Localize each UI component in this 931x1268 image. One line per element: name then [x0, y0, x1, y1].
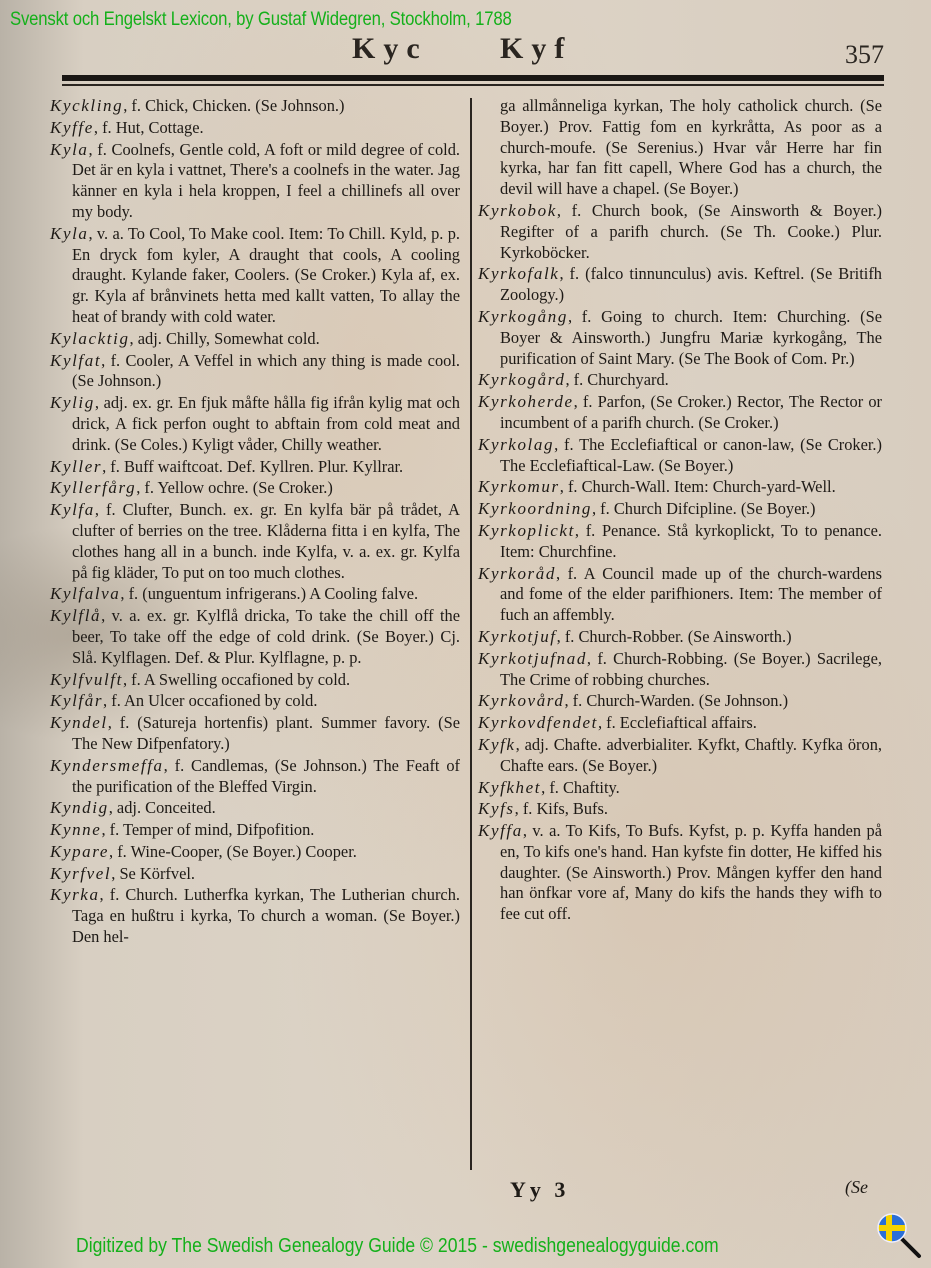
headword: Kyfk — [478, 735, 516, 754]
dictionary-entry: Kyrkoherde, f. Parfon, (Se Croker.) Rect… — [478, 392, 882, 434]
definition-text: , f. Church-Wall. Item: Church-yard-Well… — [560, 477, 836, 496]
headword: Kylig — [50, 393, 95, 412]
dictionary-entry: Kyrkomur, f. Church-Wall. Item: Church-y… — [478, 477, 882, 498]
dictionary-entry: Kyrkotjufnad, f. Church-Robbing. (Se Boy… — [478, 649, 882, 691]
headword: Kyndersmeffa — [50, 756, 164, 775]
header-rule-thick — [62, 75, 884, 81]
dictionary-entry: ga allmånneliga kyrkan, The holy catholi… — [478, 96, 882, 200]
definition-text: , f. Yellow ochre. (Se Croker.) — [136, 478, 333, 497]
dictionary-entry: Kyrkoplickt, f. Penance. Stå kyrkoplickt… — [478, 521, 882, 563]
dictionary-entry: Kyrkovdfendet, f. Ecclefiaftical affairs… — [478, 713, 882, 734]
headword: Kyffa — [478, 821, 523, 840]
dictionary-entry: Kyfk, adj. Chafte. adverbialiter. Kyfkt,… — [478, 735, 882, 777]
swedish-flag-magnifier-icon — [874, 1210, 924, 1260]
dictionary-entry: Kyrkofalk, f. (falco tinnunculus) avis. … — [478, 264, 882, 306]
dictionary-entry: Kyrkoråd, f. A Council made up of the ch… — [478, 564, 882, 626]
dictionary-entry: Kynne, f. Temper of mind, Difpofition. — [50, 820, 460, 841]
headword: Kyrkogång — [478, 307, 568, 326]
headword: Kylfat — [50, 351, 101, 370]
dictionary-entry: Kyllerfårg, f. Yellow ochre. (Se Croker.… — [50, 478, 460, 499]
dictionary-entry: Kyrkobok, f. Church book, (Se Ainsworth … — [478, 201, 882, 263]
definition-text: , adj. Chilly, Somewhat cold. — [130, 329, 320, 348]
headword: Kyrkotjufnad — [478, 649, 587, 668]
dictionary-entry: Kyrka, f. Church. Lutherfka kyrkan, The … — [50, 885, 460, 947]
definition-text: , f. The Ecclefiaftical or canon-law, (S… — [500, 435, 882, 475]
headword: Kyller — [50, 457, 102, 476]
dictionary-entry: Kyla, v. a. To Cool, To Make cool. Item:… — [50, 224, 460, 328]
definition-text: , f. A Council made up of the church-war… — [500, 564, 882, 625]
running-head-left: Kyc — [352, 32, 428, 66]
headword: Kyrkoråd — [478, 564, 556, 583]
headword: Kyrkomur — [478, 477, 560, 496]
headword: Kyrkofalk — [478, 264, 559, 283]
header-rule-thin — [62, 84, 884, 86]
definition-text: , f. Chaftity. — [541, 778, 620, 797]
dictionary-entry: Kylfår, f. An Ulcer occafioned by cold. — [50, 691, 460, 712]
dictionary-entry: Kyrkoordning, f. Church Difcipline. (Se … — [478, 499, 882, 520]
headword: Kyla — [50, 224, 89, 243]
site-title: Svenskt och Engelskt Lexicon, by Gustaf … — [10, 9, 512, 31]
definition-text: , f. Ecclefiaftical affairs. — [598, 713, 757, 732]
dictionary-entry: Kylacktig, adj. Chilly, Somewhat cold. — [50, 329, 460, 350]
dictionary-entry: Kylfvulft, f. A Swelling occafioned by c… — [50, 670, 460, 691]
headword: Kylfalva — [50, 584, 120, 603]
headword: Kyrkobok — [478, 201, 557, 220]
running-head-right: Kyf — [500, 32, 572, 66]
headword: Kyrkovdfendet — [478, 713, 598, 732]
headword: Kyllerfårg — [50, 478, 136, 497]
definition-text: ga allmånneliga kyrkan, The holy catholi… — [500, 96, 882, 198]
dictionary-entry: Kyrkogård, f. Churchyard. — [478, 370, 882, 391]
dictionary-entry: Kyrkolag, f. The Ecclefiaftical or canon… — [478, 435, 882, 477]
definition-text: , f. Church book, (Se Ainsworth & Boyer.… — [500, 201, 882, 262]
definition-text: , f. An Ulcer occafioned by cold. — [103, 691, 317, 710]
headword: Kyckling — [50, 96, 123, 115]
headword: Kyrkoherde — [478, 392, 574, 411]
definition-text: , f. Kifs, Bufs. — [515, 799, 608, 818]
dictionary-entry: Kylig, adj. ex. gr. En fjuk måfte hålla … — [50, 393, 460, 455]
definition-text: , f. Hut, Cottage. — [94, 118, 204, 137]
footer-credit: Digitized by The Swedish Genealogy Guide… — [76, 1235, 719, 1258]
headword: Kylacktig — [50, 329, 130, 348]
dictionary-entry: Kyffe, f. Hut, Cottage. — [50, 118, 460, 139]
headword: Kyrfvel — [50, 864, 111, 883]
definition-text: , f. Church-Robber. (Se Ainsworth.) — [557, 627, 792, 646]
definition-text: , f. Church. Lutherfka kyrkan, The Luthe… — [72, 885, 460, 946]
dictionary-entry: Kyrkogång, f. Going to church. Item: Chu… — [478, 307, 882, 369]
dictionary-entry: Kyfs, f. Kifs, Bufs. — [478, 799, 882, 820]
headword: Kylfår — [50, 691, 103, 710]
headword: Kyla — [50, 140, 89, 159]
dictionary-entry: Kyrkotjuf, f. Church-Robber. (Se Ainswor… — [478, 627, 882, 648]
dictionary-entry: Kyckling, f. Chick, Chicken. (Se Johnson… — [50, 96, 460, 117]
definition-text: , v. a. To Cool, To Make cool. Item: To … — [72, 224, 460, 326]
headword: Kyndel — [50, 713, 108, 732]
headword: Kyrkogård — [478, 370, 565, 389]
definition-text: , v. a. To Kifs, To Bufs. Kyfst, p. p. K… — [500, 821, 882, 923]
headword: Kyndig — [50, 798, 109, 817]
headword: Kyrkolag — [478, 435, 554, 454]
dictionary-entry: Kyndersmeffa, f. Candlemas, (Se Johnson.… — [50, 756, 460, 798]
dictionary-entry: Kyrfvel, Se Körfvel. — [50, 864, 460, 885]
dictionary-entry: Kyller, f. Buff waiftcoat. Def. Kyllren.… — [50, 457, 460, 478]
headword: Kyrkoplickt — [478, 521, 575, 540]
definition-text: , f. Churchyard. — [565, 370, 668, 389]
definition-text: , f. Temper of mind, Difpofition. — [101, 820, 314, 839]
definition-text: , f. Church Difcipline. (Se Boyer.) — [592, 499, 816, 518]
dictionary-entry: Kylfat, f. Cooler, A Veffel in which any… — [50, 351, 460, 393]
left-column: Kyckling, f. Chick, Chicken. (Se Johnson… — [50, 96, 460, 949]
headword: Kyrkotjuf — [478, 627, 557, 646]
definition-text: , f. (Satureja hortenfis) plant. Summer … — [72, 713, 460, 753]
headword: Kyfkhet — [478, 778, 541, 797]
dictionary-entry: Kyndig, adj. Conceited. — [50, 798, 460, 819]
definition-text: , f. Church-Warden. (Se Johnson.) — [564, 691, 788, 710]
definition-text: , f. (unguentum infrigerans.) A Cooling … — [120, 584, 418, 603]
page-number: 357 — [845, 40, 884, 70]
definition-text: , f. Chick, Chicken. (Se Johnson.) — [123, 96, 344, 115]
dictionary-entry: Kylfa, f. Clufter, Bunch. ex. gr. En kyl… — [50, 500, 460, 583]
headword: Kyrka — [50, 885, 100, 904]
dictionary-entry: Kylfalva, f. (unguentum infrigerans.) A … — [50, 584, 460, 605]
dictionary-entry: Kyndel, f. (Satureja hortenfis) plant. S… — [50, 713, 460, 755]
definition-text: , f. Clufter, Bunch. ex. gr. En kylfa bä… — [72, 500, 460, 581]
definition-text: , adj. Chafte. adverbialiter. Kyfkt, Cha… — [500, 735, 882, 775]
definition-text: , f. Buff waiftcoat. Def. Kyllren. Plur.… — [102, 457, 403, 476]
headword: Kylfa — [50, 500, 95, 519]
right-column: ga allmånneliga kyrkan, The holy catholi… — [478, 96, 882, 926]
dictionary-entry: Kyfkhet, f. Chaftity. — [478, 778, 882, 799]
headword: Kyfs — [478, 799, 515, 818]
catchword: (Se — [845, 1177, 868, 1198]
definition-text: , adj. Conceited. — [109, 798, 216, 817]
column-divider — [470, 98, 472, 1170]
definition-text: , f. A Swelling occafioned by cold. — [123, 670, 350, 689]
dictionary-entry: Kyrkovård, f. Church-Warden. (Se Johnson… — [478, 691, 882, 712]
running-head: Kyc Kyf 357 — [0, 32, 931, 72]
headword: Kylfvulft — [50, 670, 123, 689]
headword: Kyffe — [50, 118, 94, 137]
headword: Kypare — [50, 842, 109, 861]
signature-mark: Yy 3 — [510, 1177, 569, 1203]
definition-text: , f. Wine-Cooper, (Se Boyer.) Cooper. — [109, 842, 357, 861]
dictionary-entry: Kyffa, v. a. To Kifs, To Bufs. Kyfst, p.… — [478, 821, 882, 925]
headword: Kynne — [50, 820, 101, 839]
definition-text: , f. Cooler, A Veffel in which any thing… — [72, 351, 460, 391]
definition-text: , v. a. ex. gr. Kylflå dricka, To take t… — [72, 606, 460, 667]
dictionary-entry: Kyla, f. Coolnefs, Gentle cold, A foft o… — [50, 140, 460, 223]
dictionary-entry: Kylflå, v. a. ex. gr. Kylflå dricka, To … — [50, 606, 460, 668]
dictionary-entry: Kypare, f. Wine-Cooper, (Se Boyer.) Coop… — [50, 842, 460, 863]
headword: Kylflå — [50, 606, 101, 625]
headword: Kyrkovård — [478, 691, 564, 710]
headword: Kyrkoordning — [478, 499, 592, 518]
definition-text: , Se Körfvel. — [111, 864, 195, 883]
definition-text: , adj. ex. gr. En fjuk måfte hålla fig i… — [72, 393, 460, 454]
definition-text: , f. Coolnefs, Gentle cold, A foft or mi… — [72, 140, 460, 221]
